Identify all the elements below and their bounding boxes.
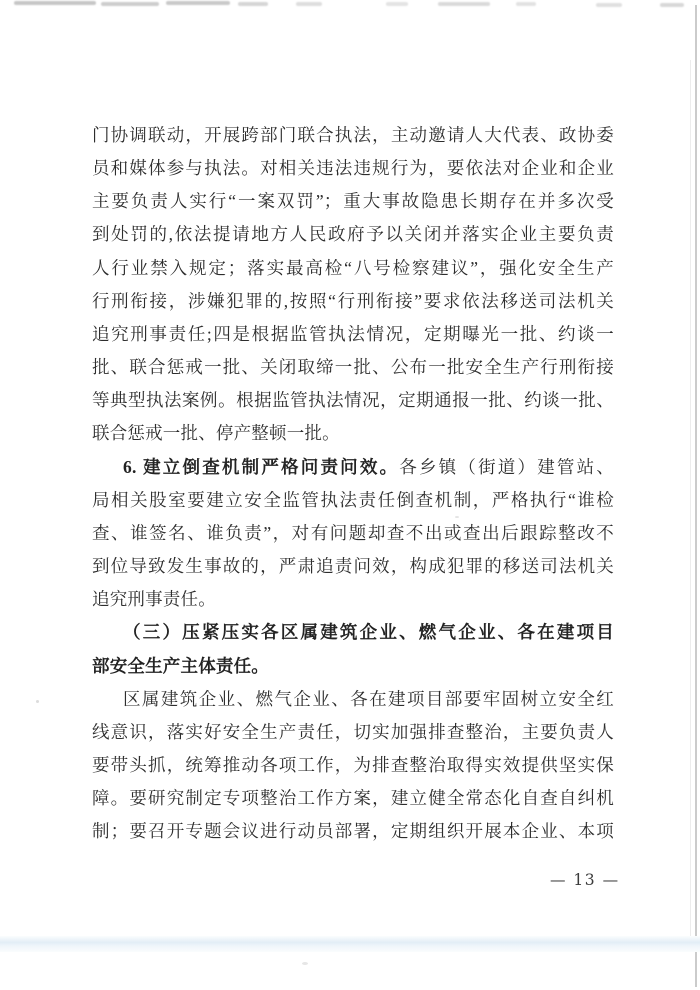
scan-blue-streak xyxy=(0,936,700,952)
text-line: 线意识，落实好安全生产责任，切实加强排查整治，主要负责人 xyxy=(92,716,614,749)
text-line: 联合惩戒一批、停产整顿一批。 xyxy=(92,417,614,450)
text-segment-bold: （三）压紧压实各区属建筑企业、燃气企业、各在建项目 xyxy=(123,622,614,642)
text-segment: 查、谁签名、谁负责”，对有问题却查不出或查出后跟踪整改不 xyxy=(92,523,614,543)
text-line: 追究刑事责任。 xyxy=(92,583,614,616)
text-segment: 局相关股室要建立安全监管执法责任倒查机制，严格执行“谁检 xyxy=(92,490,614,510)
text-line: 部安全生产主体责任。 xyxy=(92,650,614,683)
scan-edge-line-faint xyxy=(690,60,691,940)
text-segment: 追究刑事责任;四是根据监管执法情况，定期曝光一批、约谈一 xyxy=(92,324,614,344)
text-line: （三）压紧压实各区属建筑企业、燃气企业、各在建项目 xyxy=(92,616,614,649)
text-segment-bold: 6. 建立倒查机制严格问责问效。 xyxy=(123,457,399,477)
text-segment: 区属建筑企业、燃气企业、各在建项目部要牢固树立安全红 xyxy=(123,689,614,709)
text-line: 局相关股室要建立安全监管执法责任倒查机制，严格执行“谁检 xyxy=(92,484,614,517)
scan-smudge xyxy=(296,2,322,6)
scan-smudge xyxy=(166,1,230,5)
text-segment: 障。要研究制定专项整治工作方案，建立健全常态化自查自纠机 xyxy=(92,788,614,808)
scan-smudge xyxy=(14,1,96,5)
text-line: 区属建筑企业、燃气企业、各在建项目部要牢固树立安全红 xyxy=(92,683,614,716)
scan-smudge xyxy=(101,2,159,6)
text-segment: 主要负责人实行“一案双罚”；重大事故隐患长期存在并多次受 xyxy=(92,191,614,211)
text-line: 门协调联动，开展跨部门联合执法，主动邀请人大代表、政协委 xyxy=(92,119,614,152)
text-line: 行刑衔接，涉嫌犯罪的,按照“行刑衔接”要求依法移送司法机关 xyxy=(92,285,614,318)
text-segment: 追究刑事责任。 xyxy=(92,589,216,609)
text-line: 追究刑事责任;四是根据监管执法情况，定期曝光一批、约谈一 xyxy=(92,318,614,351)
scan-speck xyxy=(36,700,39,703)
text-segment: 制；要召开专题会议进行动员部署，定期组织开展本企业、本项 xyxy=(92,821,614,841)
scan-smudge xyxy=(516,2,536,6)
text-segment: 到处罚的,依法提请地方人民政府予以关闭并落实企业主要负责 xyxy=(92,224,614,244)
text-segment: 联合惩戒一批、停产整顿一批。 xyxy=(92,423,340,443)
text-line: 到处罚的,依法提请地方人民政府予以关闭并落实企业主要负责 xyxy=(92,218,614,251)
text-segment: 行刑衔接，涉嫌犯罪的,按照“行刑衔接”要求依法移送司法机关 xyxy=(92,291,614,311)
text-line: 要带头抓，统筹推动各项工作，为排查整治取得实效提供坚实保 xyxy=(92,749,614,782)
text-segment: 人行业禁入规定；落实最高检“八号检察建议”，强化安全生产 xyxy=(92,258,614,278)
body-text-block: 门协调联动，开展跨部门联合执法，主动邀请人大代表、政协委员和媒体参与执法。对相关… xyxy=(92,119,614,848)
text-segment-bold: 部安全生产主体责任。 xyxy=(92,656,269,676)
text-line: 查、谁签名、谁负责”，对有问题却查不出或查出后跟踪整改不 xyxy=(92,517,614,550)
text-line: 主要负责人实行“一案双罚”；重大事故隐患长期存在并多次受 xyxy=(92,185,614,218)
text-line: 6. 建立倒查机制严格问责问效。各乡镇（街道）建管站、 xyxy=(92,451,614,484)
scan-smudge xyxy=(238,2,268,6)
text-segment: 到位导致发生事故的，严肃追责问效，构成犯罪的移送司法机关 xyxy=(92,556,614,576)
text-line: 障。要研究制定专项整治工作方案，建立健全常态化自查自纠机 xyxy=(92,782,614,815)
text-segment: 要带头抓，统筹推动各项工作，为排查整治取得实效提供坚实保 xyxy=(92,755,614,775)
text-segment: 门协调联动，开展跨部门联合执法，主动邀请人大代表、政协委 xyxy=(92,125,614,145)
text-line: 到位导致发生事故的，严肃追责问效，构成犯罪的移送司法机关 xyxy=(92,550,614,583)
text-line: 制；要召开专题会议进行动员部署，定期组织开展本企业、本项 xyxy=(92,815,614,848)
text-line: 等典型执法案例。根据监管执法情况，定期通报一批、约谈一批、 xyxy=(92,384,614,417)
scan-speck xyxy=(302,962,308,965)
scan-smudge xyxy=(438,2,490,6)
text-segment: 线意识，落实好安全生产责任，切实加强排查整治，主要负责人 xyxy=(92,722,614,742)
scan-edge-line xyxy=(695,5,697,987)
text-segment: 各乡镇（街道）建管站、 xyxy=(399,457,614,477)
scan-smudge xyxy=(596,3,622,7)
text-segment: 等典型执法案例。根据监管执法情况，定期通报一批、约谈一批、 xyxy=(92,390,614,410)
text-segment: 批、联合惩戒一批、关闭取缔一批、公布一批安全生产行刑衔接 xyxy=(92,357,614,377)
text-line: 批、联合惩戒一批、关闭取缔一批、公布一批安全生产行刑衔接 xyxy=(92,351,614,384)
scan-smudge xyxy=(386,2,408,6)
text-line: 人行业禁入规定；落实最高检“八号检察建议”，强化安全生产 xyxy=(92,252,614,285)
scanned-document-page: 门协调联动，开展跨部门联合执法，主动邀请人大代表、政协委员和媒体参与执法。对相关… xyxy=(0,0,700,990)
text-line: 员和媒体参与执法。对相关违法违规行为，要依法对企业和企业 xyxy=(92,152,614,185)
text-segment: 员和媒体参与执法。对相关违法违规行为，要依法对企业和企业 xyxy=(92,158,614,178)
page-number: — 13 — xyxy=(550,871,620,889)
scan-smudge xyxy=(660,3,684,7)
